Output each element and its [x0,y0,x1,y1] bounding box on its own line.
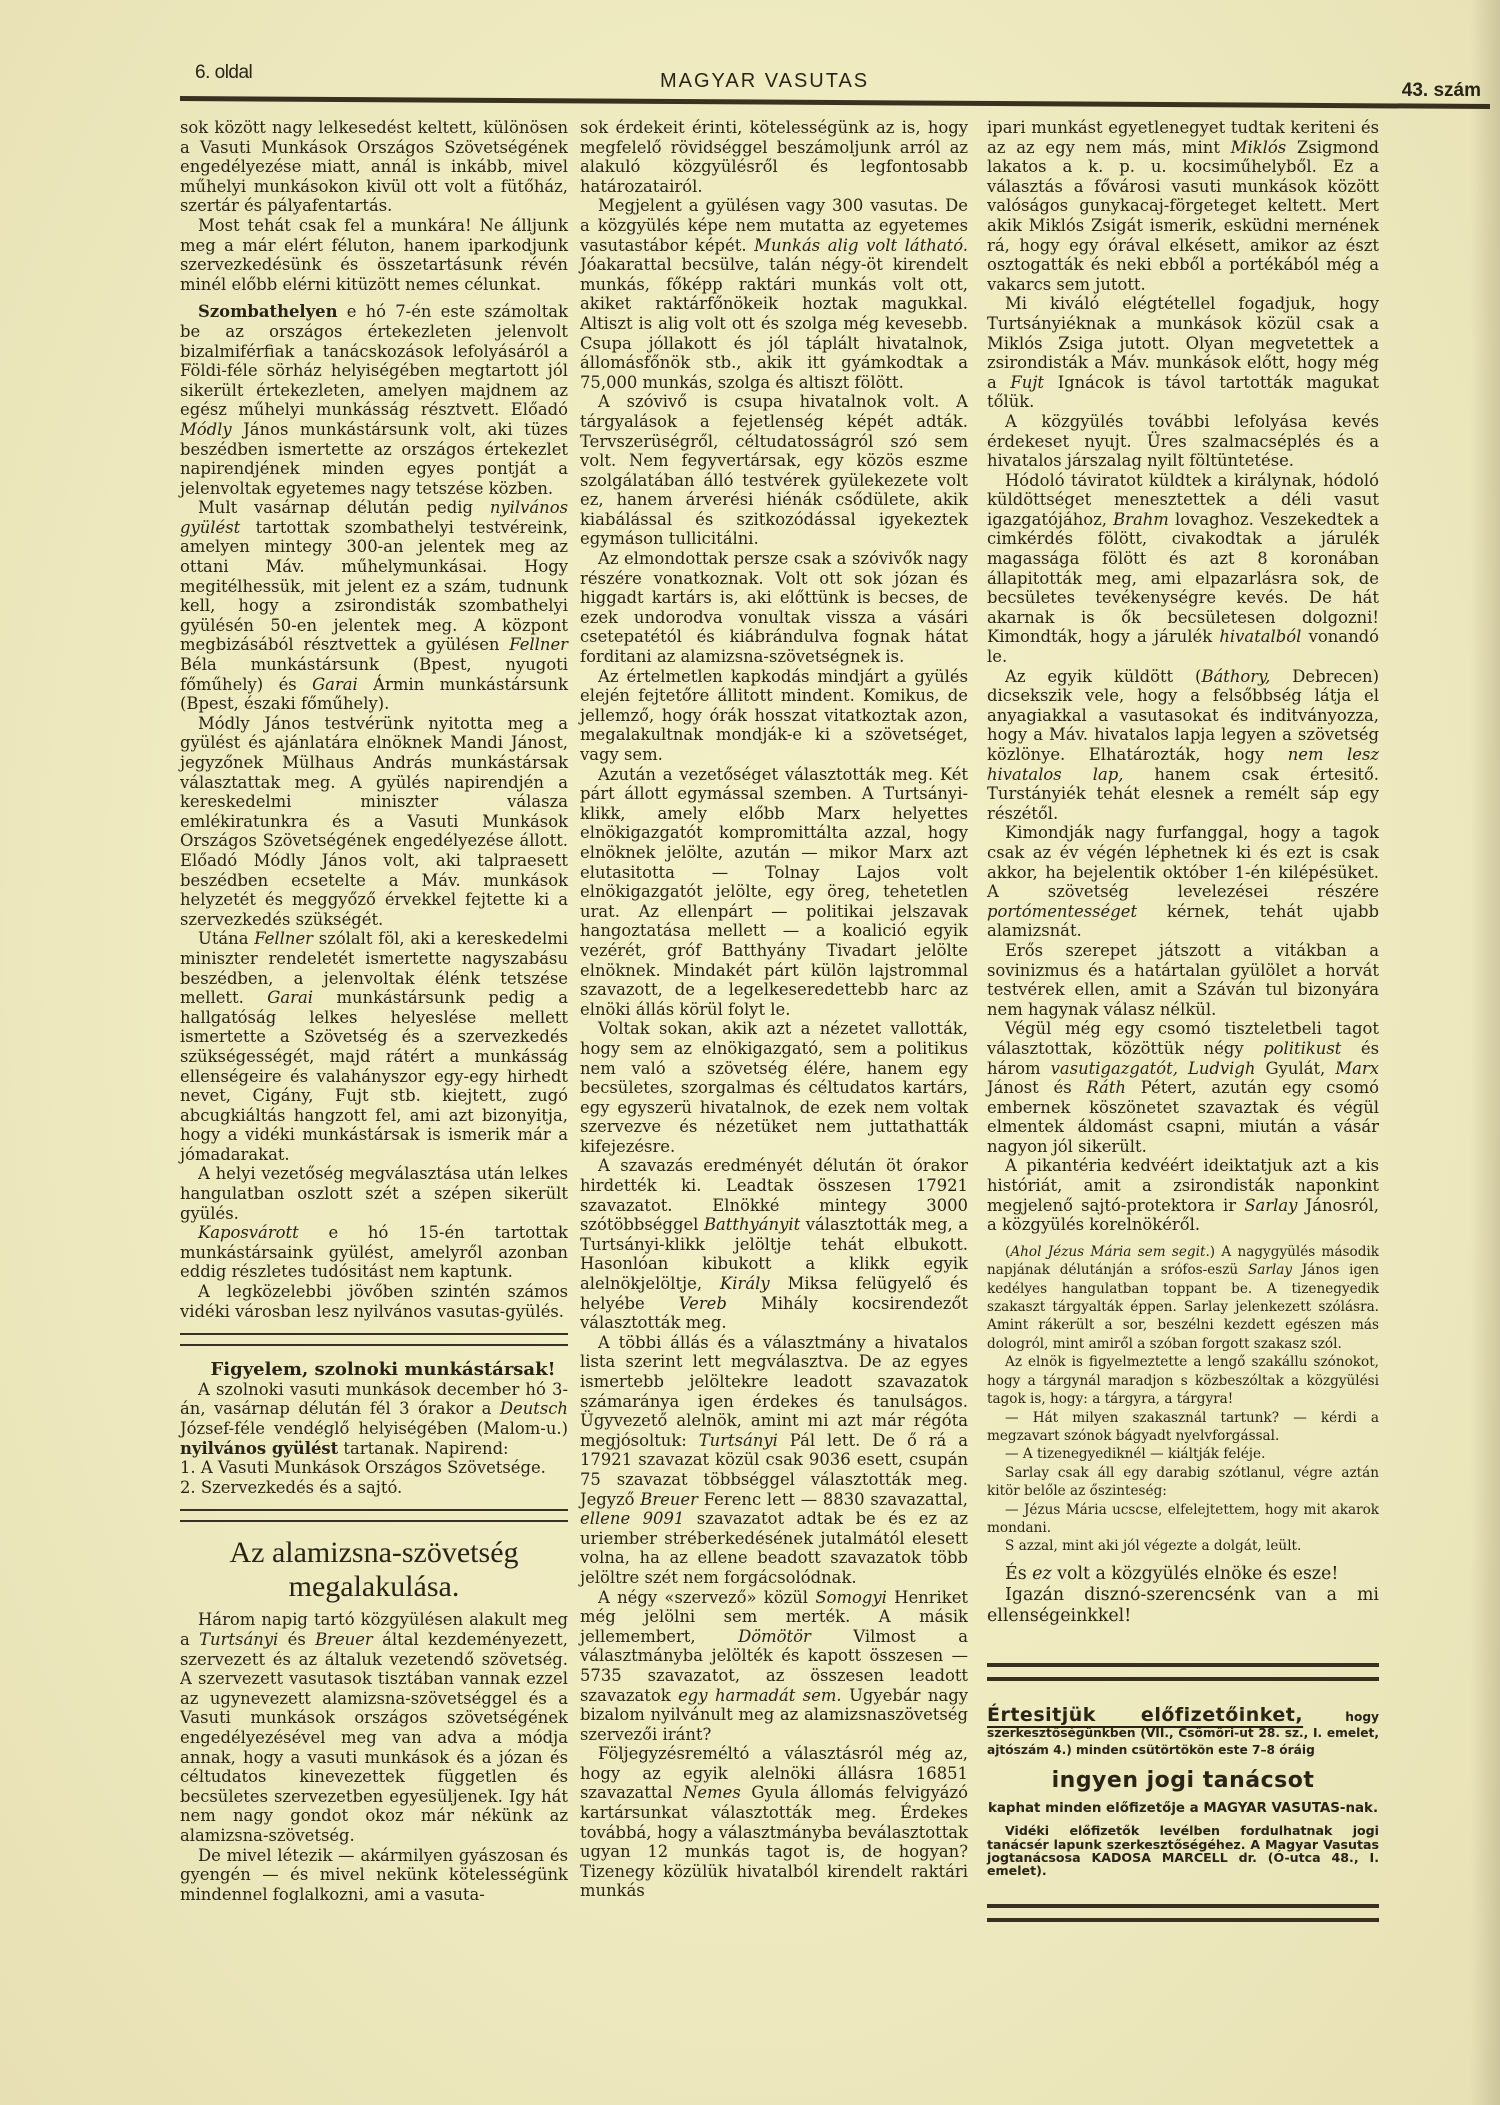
paragraph: S azzal, mint aki jól végezte a dolgát, … [987,1537,1379,1555]
notice-body: A szolnoki vasuti munkások december hó 3… [180,1380,568,1458]
paragraph: Erős szerepet játszott a vitákban a sovi… [987,941,1379,1019]
ad-subtitle: kaphat minden előfizetője a MAGYAR VASUT… [987,1799,1379,1819]
article-headline: Az alamizsna-szövetség megalakulása. [180,1536,568,1604]
paragraph: — A tizenegyediknél — kiáltják feléje. [987,1445,1379,1463]
paragraph: — Hát milyen szakasznál tartunk? — kérdi… [987,1409,1379,1446]
issue-number: 43. szám [1402,80,1481,102]
paragraph: Mult vasárnap délután pedig nyilvános gy… [180,498,568,714]
paragraph: — Jézus Mária ucscse, elfelejtettem, hog… [987,1501,1379,1538]
agenda-item: 1. A Vasuti Munkások Országos Szövetsége… [180,1458,568,1478]
paragraph: Utána Fellner szólalt föl, aki a kereske… [180,929,568,1164]
paragraph: Azután a vezetőséget választották meg. K… [580,765,968,1020]
paragraph: Módly János testvérünk nyitotta meg a gy… [180,714,568,930]
paragraph: A helyi vezetőség megválasztása után lel… [180,1164,568,1223]
paragraph: A négy «szervező» közül Somogyi Henriket… [580,1588,968,1745]
section-divider [987,1663,1379,1681]
paragraph: Följegyzésreméltó a választásról még az,… [580,1744,968,1901]
section-divider [987,1904,1379,1922]
paragraph: Megjelent a gyülésen vagy 300 vasutas. D… [580,196,968,392]
legal-advice-notice: Értesitjük előfizetőinket, hogy szerkesz… [987,1707,1379,1878]
paragraph: A legközelebbi jövőben szintén számos vi… [180,1282,568,1321]
page-number: 6. oldal [195,62,252,84]
paragraph: Az egyik küldött (Báthory, Debrecen) dic… [987,667,1379,824]
paragraph: Az elnök is figyelmeztette a lengő szaká… [987,1353,1379,1408]
newspaper-page: 6. oldal MAGYAR VASUTAS 43. szám sok köz… [0,0,1500,2105]
paragraph: Sarlay csak áll egy darabig szótlanul, v… [987,1464,1379,1501]
quoted-story: (Ahol Jézus Mária sem segit.) A nagygyül… [987,1243,1379,1556]
paragraph: Most tehát csak fel a munkára! Ne álljun… [180,216,568,294]
paragraph: A szavazás eredményét délután öt órakor … [580,1156,968,1332]
paragraph: A pikantéria kedvéért ideiktatjuk azt a … [987,1156,1379,1234]
column-2: sok érdekeit érinti, kötelességünk az is… [580,118,968,1901]
page-header: 6. oldal MAGYAR VASUTAS 43. szám [190,58,1495,98]
column-3: ipari munkást egyetlenegyet tudtak kerit… [987,118,1379,1936]
paragraph: sok között nagy lelkesedést keltett, kül… [180,118,568,216]
ad-title: ingyen jogi tanácsot [987,1771,1379,1791]
paragraph: De mivel létezik — akármilyen gyászosan … [180,1846,568,1905]
paragraph: Mi kiváló elégtétellel fogadjuk, hogy Tu… [987,294,1379,412]
paragraph: Igazán disznó-szerencsénk van a mi ellen… [987,1585,1379,1627]
page-edge-shadow [1470,0,1500,2105]
paragraph: A többi állás és a választmány a hivatal… [580,1333,968,1588]
paragraph: Kimondják nagy furfanggal, hogy a tagok … [987,823,1379,941]
masthead-title: MAGYAR VASUTAS [660,70,869,93]
notice-heading: Figyelem, szolnoki munkástársak! [180,1360,568,1380]
agenda-item: 2. Szervezkedés és a sajtó. [180,1478,568,1498]
paragraph: A szóvivő is csupa hivatalnok volt. A tá… [580,392,968,549]
section-divider [180,1333,568,1346]
paragraph: Az értelmetlen kapkodás mindjárt a gyülé… [580,667,968,765]
paragraph: Az elmondottak persze csak a szóvivők na… [580,549,968,667]
paragraph: Voltak sokan, akik azt a nézetet vallott… [580,1019,968,1156]
section-divider [180,1509,568,1522]
ad-footer: Vidéki előfizetők levélben fordulhatnak … [987,1824,1379,1878]
paragraph: (Ahol Jézus Mária sem segit.) A nagygyül… [987,1243,1379,1353]
paragraph: És ez volt a közgyülés elnöke és esze! [987,1564,1379,1585]
paragraph: Kaposvárott e hó 15-én tartottak munkást… [180,1223,568,1282]
paragraph: Három napig tartó közgyülésen alakult me… [180,1610,568,1845]
paragraph: ipari munkást egyetlenegyet tudtak kerit… [987,118,1379,294]
paragraph: sok érdekeit érinti, kötelességünk az is… [580,118,968,196]
paragraph: Hódoló táviratot küldtek a királynak, hó… [987,471,1379,667]
column-1: sok között nagy lelkesedést keltett, kül… [180,118,568,1904]
paragraph: Végül még egy csomó tiszteletbeli tagot … [987,1019,1379,1156]
paragraph: A közgyülés további lefolyása kevés érde… [987,412,1379,471]
paragraph: Szombathelyen e hó 7-én este számoltak b… [180,302,568,498]
ad-intro: Értesitjük előfizetőinket, hogy szerkesz… [987,1707,1379,1757]
